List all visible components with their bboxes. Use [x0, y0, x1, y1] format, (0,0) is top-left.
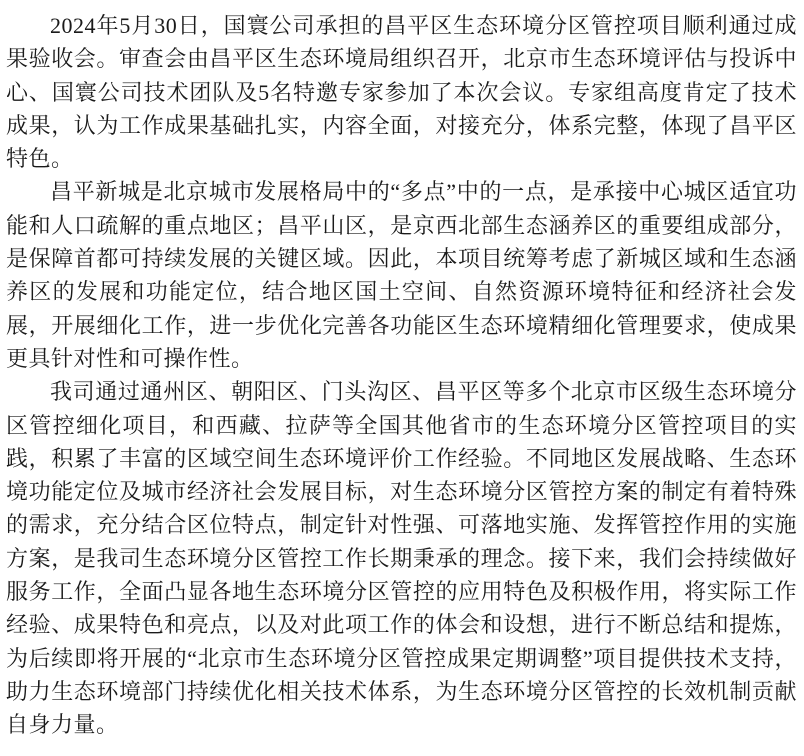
paragraph-company-experience: 我司通过通州区、朝阳区、门头沟区、昌平区等多个北京市区级生态环境分区管控细化项目…: [6, 375, 797, 741]
paragraph-acceptance-meeting: 2024年5月30日，国寰公司承担的昌平区生态环境分区管控项目顺利通过成果验收会…: [6, 9, 797, 175]
paragraph-changping-context: 昌平新城是北京城市发展格局中的“多点”中的一点，是承接中心城区适宜功能和人口疏解…: [6, 175, 797, 375]
document-page: 2024年5月30日，国寰公司承担的昌平区生态环境分区管控项目顺利通过成果验收会…: [0, 0, 804, 756]
